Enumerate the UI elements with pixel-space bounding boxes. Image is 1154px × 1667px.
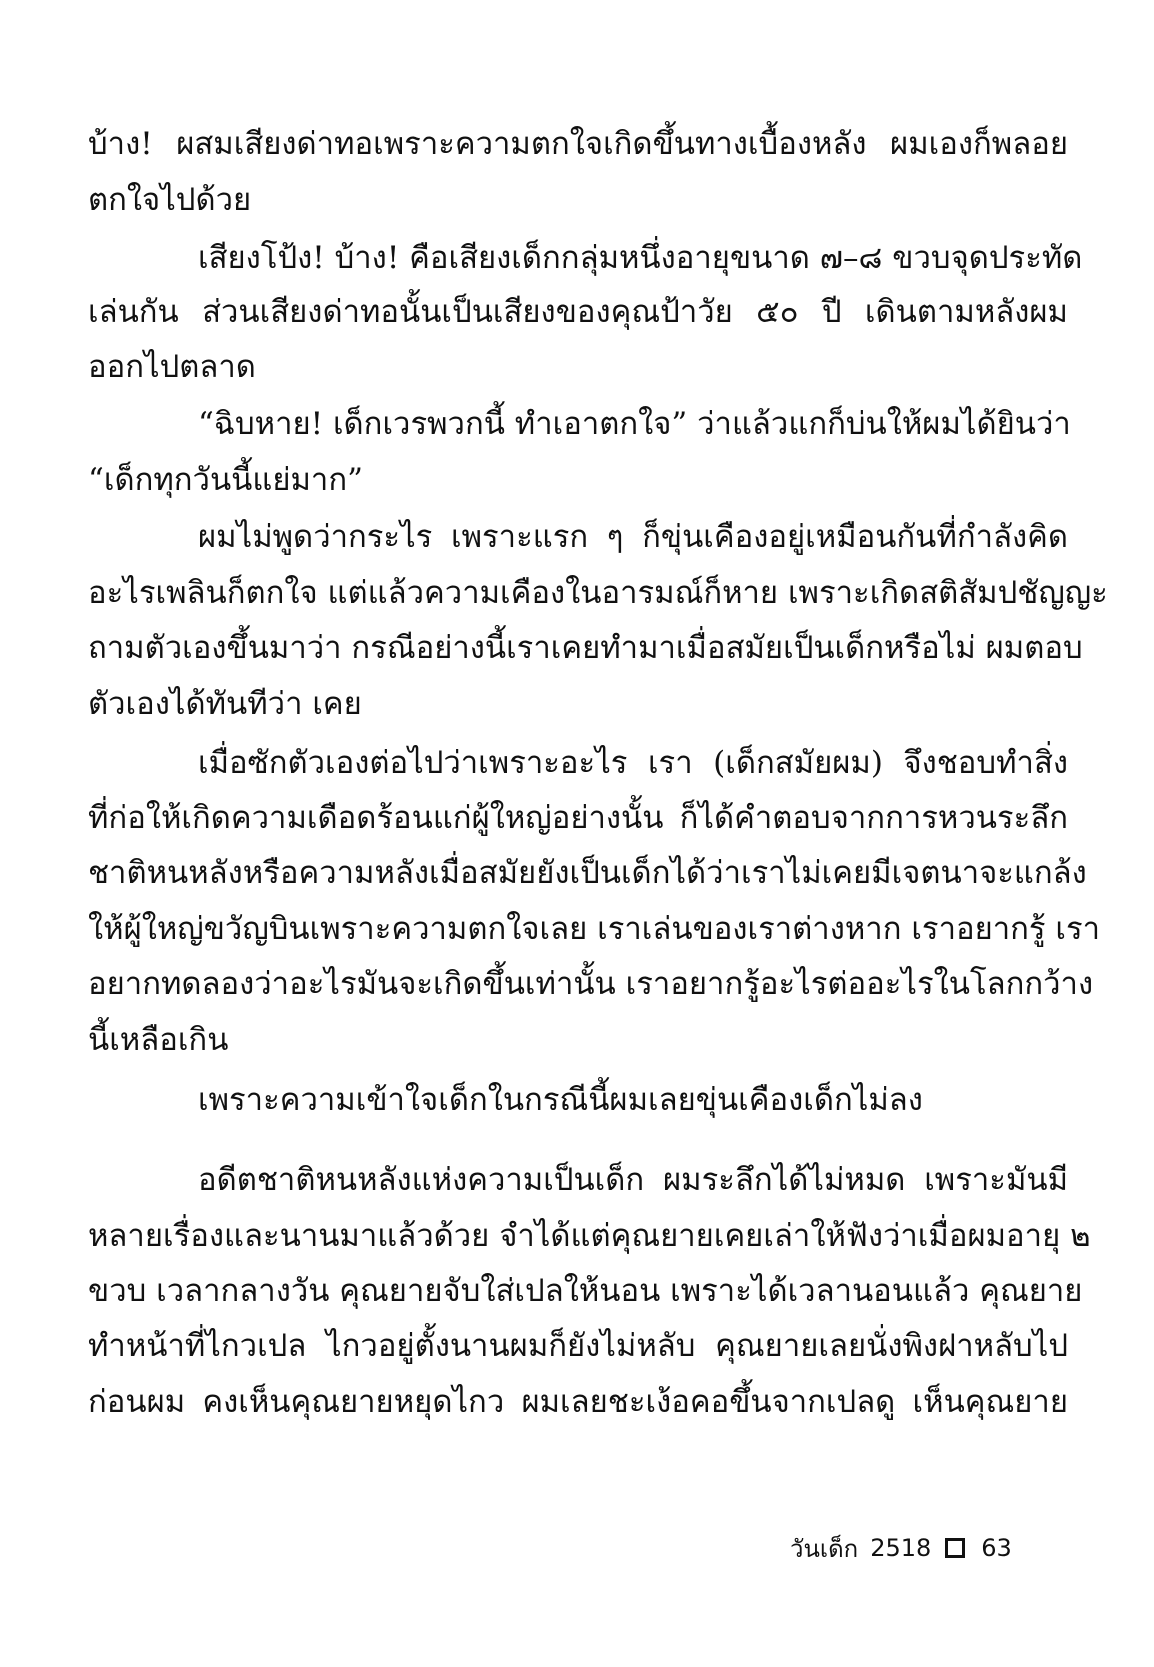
text-line-9: อะไรเพลินก็ตกใจ แต่แล้วความเคืองในอารมณ์… bbox=[88, 573, 1068, 613]
text-line-5: ออกไปตลาด bbox=[88, 347, 1068, 387]
text-line-2: ตกใจไปด้วย bbox=[88, 180, 1068, 220]
square-icon bbox=[945, 1538, 965, 1558]
text-line-20: หลายเรื่องและนานมาแล้วด้วย จำได้แต่คุณยา… bbox=[88, 1216, 1068, 1256]
document-page: บ้าง! ผสมเสียงด่าทอเพราะความตกใจเกิดขึ้น… bbox=[0, 0, 1154, 1667]
text-line-16: อยากทดลองว่าอะไรมันจะเกิดขึ้นเท่านั้น เร… bbox=[88, 964, 1068, 1004]
text-line-15: ให้ผู้ใหญ่ขวัญบินเพราะความตกใจเลย เราเล่… bbox=[88, 909, 1068, 949]
text-line-4: เล่นกัน ส่วนเสียงด่าทอนั้นเป็นเสียงของคุ… bbox=[88, 292, 1068, 332]
text-line-13: ที่ก่อให้เกิดความเดือดร้อนแก่ผู้ใหญ่อย่า… bbox=[88, 798, 1068, 838]
text-line-11: ตัวเองได้ทันทีว่า เคย bbox=[88, 684, 1068, 724]
text-line-1: บ้าง! ผสมเสียงด่าทอเพราะความตกใจเกิดขึ้น… bbox=[88, 124, 1068, 164]
text-line-19: อดีตชาติหนหลังแห่งความเป็นเด็ก ผมระลึกได… bbox=[198, 1160, 1068, 1200]
text-line-17: นี้เหลือเกิน bbox=[88, 1020, 1068, 1060]
text-line-18: เพราะความเข้าใจเด็กในกรณีนี้ผมเลยขุ่นเคื… bbox=[198, 1080, 1068, 1120]
book-year: 2518 bbox=[870, 1534, 931, 1562]
text-line-7: “เด็กทุกวันนี้แย่มาก” bbox=[88, 460, 1068, 500]
text-line-22: ทำหน้าที่ไกวเปล ไกวอยู่ตั้งนานผมก็ยังไม่… bbox=[88, 1326, 1068, 1366]
page-number: 63 bbox=[981, 1534, 1012, 1562]
text-line-21: ขวบ เวลากลางวัน คุณยายจับใส่เปลให้นอน เพ… bbox=[88, 1271, 1068, 1311]
page-footer: วันเด็ก 2518 63 bbox=[790, 1528, 1012, 1568]
text-line-14: ชาติหนหลังหรือความหลังเมื่อสมัยยังเป็นเด… bbox=[88, 853, 1068, 893]
text-line-10: ถามตัวเองขึ้นมาว่า กรณีอย่างนี้เราเคยทำม… bbox=[88, 628, 1068, 668]
text-line-8: ผมไม่พูดว่ากระไร เพราะแรก ๆ ก็ขุ่นเคืองอ… bbox=[198, 517, 1068, 557]
text-line-12: เมื่อซักตัวเองต่อไปว่าเพราะอะไร เรา (เด็… bbox=[198, 743, 1068, 783]
text-line-6: “ฉิบหาย! เด็กเวรพวกนี้ ทำเอาตกใจ” ว่าแล้… bbox=[198, 404, 1068, 444]
text-line-3: เสียงโป้ง! บ้าง! คือเสียงเด็กกลุ่มหนึ่งอ… bbox=[198, 238, 1068, 278]
text-line-23: ก่อนผม คงเห็นคุณยายหยุดไกว ผมเลยชะเง้อคอ… bbox=[88, 1382, 1068, 1422]
book-title: วันเด็ก bbox=[790, 1529, 858, 1568]
